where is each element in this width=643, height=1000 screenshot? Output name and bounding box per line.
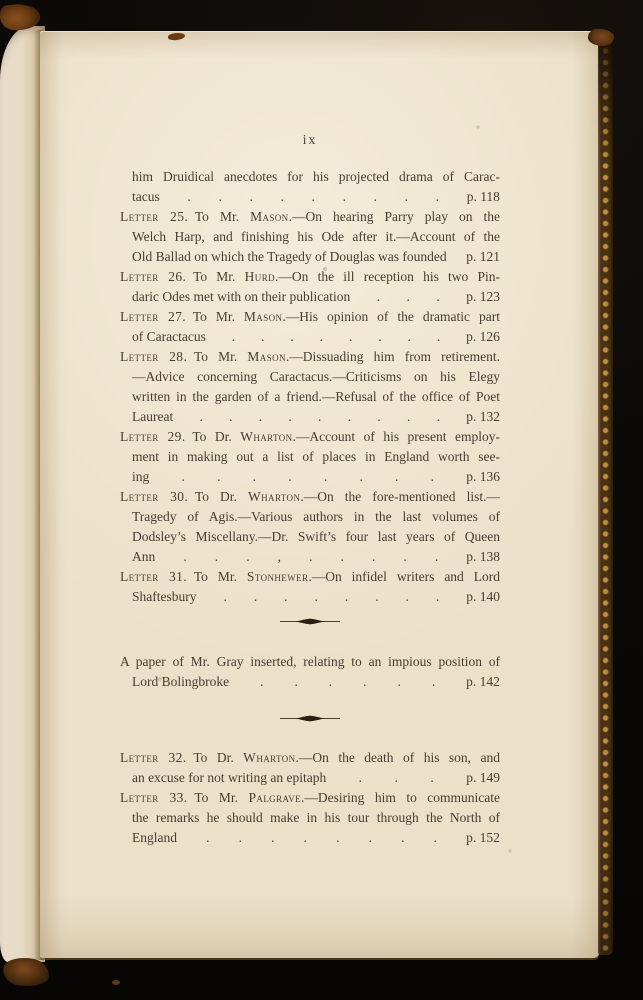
toc-line-text: —Advice concerning Caractacus.—Criticism… xyxy=(132,369,500,384)
toc-entry: Letter 29. To Dr. Wharton.—Account of hi… xyxy=(120,427,500,487)
toc-line-text: Ann xyxy=(132,547,155,567)
leader-dot: . xyxy=(329,672,332,692)
toc-line: —Advice concerning Caractacus.—Criticism… xyxy=(120,367,500,387)
toc-line: Tragedy of Agis.—Various authors in the … xyxy=(120,507,500,527)
toc-line-text: an excuse for not writing an epitaph xyxy=(132,768,326,788)
leader-dot: . xyxy=(288,407,291,427)
toc-line: daric Odes met with on their publication… xyxy=(120,287,500,307)
leader-dot: . xyxy=(260,672,263,692)
book-page: ix him Druidical anecdotes for his proje… xyxy=(40,31,599,958)
toc-line: ment in making out a list of places in E… xyxy=(120,447,500,467)
divider-ornament-icon xyxy=(279,714,341,723)
toc-line-text: Letter 30. To Dr. Wharton.—On the fore-m… xyxy=(120,489,500,504)
leader-dot: . xyxy=(183,547,186,567)
leader-dot: . xyxy=(395,467,398,487)
leader-dot: . xyxy=(436,187,439,207)
toc-line: Dodsley’s Miscellany.—Dr. Swift’s four l… xyxy=(120,527,500,547)
leader-dot: . xyxy=(215,547,218,567)
page-number-roman: ix xyxy=(120,132,500,148)
toc-line-text: Letter 25. To Mr. Mason.—On hearing Parr… xyxy=(120,209,500,224)
toc-line-text: Letter 26. To Mr. Hurd.—On the ill recep… xyxy=(120,269,500,284)
book-photo: ix him Druidical anecdotes for his proje… xyxy=(0,0,643,1000)
toc-line: England........p. 152 xyxy=(120,828,500,848)
leader-dot: . xyxy=(271,828,274,848)
leader-dot: . xyxy=(343,187,346,207)
toc-line: Letter 26. To Mr. Hurd.—On the ill recep… xyxy=(120,267,500,287)
toc-line-text: Old Ballad on which the Tragedy of Dougl… xyxy=(132,247,447,267)
page-ref: p. 126 xyxy=(466,327,500,347)
toc-line-text: England xyxy=(132,828,177,848)
leader-dot: . xyxy=(437,327,440,347)
leader-dot: . xyxy=(239,828,242,848)
toc-line: Welch Harp, and finishing his Ode after … xyxy=(120,227,500,247)
leader-dot: . xyxy=(281,187,284,207)
leader-dot: . xyxy=(336,828,339,848)
table-of-contents: him Druidical anecdotes for his projecte… xyxy=(120,167,500,848)
leader-dot: . xyxy=(375,587,378,607)
leader-dot: . xyxy=(229,407,232,427)
leader-dot: . xyxy=(218,187,221,207)
leader-dot: . xyxy=(363,672,366,692)
leader-dot: . xyxy=(223,587,226,607)
toc-line-text: Letter 28. To Mr. Mason.—Dissuading him … xyxy=(120,349,500,364)
toc-line: Letter 28. To Mr. Mason.—Dissuading him … xyxy=(120,347,500,367)
page-ref: p. 142 xyxy=(466,672,500,692)
page-ref: p. 123 xyxy=(466,287,500,307)
toc-line-text: Tragedy of Agis.—Various authors in the … xyxy=(132,509,500,524)
page-ref: p. 152 xyxy=(466,828,500,848)
leader-dot: . xyxy=(187,187,190,207)
toc-line: the remarks he should make in his tour t… xyxy=(120,808,500,828)
toc-line-text: Welch Harp, and finishing his Ode after … xyxy=(132,229,500,244)
leader-dot: . xyxy=(437,407,440,427)
toc-line-text: written in the garden of a friend.—Refus… xyxy=(132,389,500,404)
toc-line: Letter 27. To Mr. Mason.—His opinion of … xyxy=(120,307,500,327)
toc-line-text: of Caractacus xyxy=(132,327,206,347)
toc-line-text: Laureat xyxy=(132,407,173,427)
page-ref: p. 138 xyxy=(466,547,500,567)
toc-line-text: ment in making out a list of places in E… xyxy=(132,449,500,464)
toc-entry: Letter 28. To Mr. Mason.—Dissuading him … xyxy=(120,347,500,427)
leader-dot: . xyxy=(345,587,348,607)
toc-line-text: Letter 33. To Mr. Palgrave.—Desiring him… xyxy=(120,790,500,805)
page-ref: p. 121 xyxy=(466,247,500,267)
leader-dot: . xyxy=(397,672,400,692)
leader-dot: , xyxy=(278,547,281,567)
toc-line: of Caractacus........p. 126 xyxy=(120,327,500,347)
leader-dot: . xyxy=(349,327,352,347)
toc-line-text: Letter 32. To Dr. Wharton.—On the death … xyxy=(120,750,500,765)
toc-line: Letter 31. To Mr. Stonhewer.—On infidel … xyxy=(120,567,500,587)
toc-line: him Druidical anecdotes for his projecte… xyxy=(120,167,500,187)
toc-line: tacus.........p. 118 xyxy=(120,187,500,207)
page-ref: p. 140 xyxy=(466,587,500,607)
toc-entry: Letter 30. To Dr. Wharton.—On the fore-m… xyxy=(120,487,500,567)
toc-line: an excuse for not writing an epitaph...p… xyxy=(120,768,500,788)
leader-dot: . xyxy=(435,547,438,567)
leader-dot: . xyxy=(348,407,351,427)
leader-dot: . xyxy=(405,187,408,207)
toc-line-text: Lord Bolingbroke xyxy=(132,672,229,692)
toc-line: Laureat.........p. 132 xyxy=(120,407,500,427)
toc-entry: Letter 25. To Mr. Mason.—On hearing Parr… xyxy=(120,207,500,267)
toc-line-text: Shaftesbury xyxy=(132,587,197,607)
leader-dot: . xyxy=(372,547,375,567)
leader-dot: . xyxy=(436,587,439,607)
leader-dot: . xyxy=(309,547,312,567)
section-divider xyxy=(120,714,500,723)
leader-dot: . xyxy=(312,187,315,207)
leader-dot: . xyxy=(217,467,220,487)
toc-line-text: Letter 29. To Dr. Wharton.—Account of hi… xyxy=(120,429,500,444)
page-ref: p. 132 xyxy=(466,407,500,427)
leader-dot: . xyxy=(254,587,257,607)
leader-dot: . xyxy=(403,547,406,567)
toc-line: Shaftesbury........p. 140 xyxy=(120,587,500,607)
toc-line-text: Letter 31. To Mr. Stonhewer.—On infidel … xyxy=(120,569,500,584)
leader-dot: . xyxy=(320,327,323,347)
page-ref: p. 136 xyxy=(466,467,500,487)
leader-dot: . xyxy=(401,828,404,848)
toc-line: written in the garden of a friend.—Refus… xyxy=(120,387,500,407)
toc-entry: Letter 27. To Mr. Mason.—His opinion of … xyxy=(120,307,500,347)
leader-dot: . xyxy=(395,768,398,788)
toc-line-text: tacus xyxy=(132,187,160,207)
leader-dot: . xyxy=(304,828,307,848)
toc-line: A paper of Mr. Gray inserted, relating t… xyxy=(120,652,500,672)
toc-line: Ann...,.....p. 138 xyxy=(120,547,500,567)
leader-dot: . xyxy=(406,587,409,607)
toc-entry: him Druidical anecdotes for his projecte… xyxy=(120,167,500,207)
leader-dot: . xyxy=(232,327,235,347)
section-divider xyxy=(120,617,500,626)
leader-dot: . xyxy=(290,327,293,347)
toc-line: Letter 33. To Mr. Palgrave.—Desiring him… xyxy=(120,788,500,808)
toc-line-text: daric Odes met with on their publication xyxy=(132,287,350,307)
leader-dot: . xyxy=(246,547,249,567)
leader-dot: . xyxy=(359,768,362,788)
leader-dot: . xyxy=(249,187,252,207)
leader-dot: . xyxy=(378,327,381,347)
page-ref: p. 118 xyxy=(467,187,500,207)
toc-entry: Letter 33. To Mr. Palgrave.—Desiring him… xyxy=(120,788,500,848)
toc-line: Letter 29. To Dr. Wharton.—Account of hi… xyxy=(120,427,500,447)
binding-fragment-bottom-speck xyxy=(112,980,120,985)
page-ref: p. 149 xyxy=(466,768,500,788)
toc-entry: A paper of Mr. Gray inserted, relating t… xyxy=(120,652,500,692)
leader-dot: . xyxy=(359,467,362,487)
leader-dot: . xyxy=(181,467,184,487)
leader-dot: . xyxy=(324,467,327,487)
leader-dot: . xyxy=(431,467,434,487)
leader-dot: . xyxy=(341,547,344,567)
gilt-fore-edge xyxy=(598,34,613,955)
toc-entry: Letter 26. To Mr. Hurd.—On the ill recep… xyxy=(120,267,500,307)
leader-dot: . xyxy=(369,828,372,848)
toc-line-text: the remarks he should make in his tour t… xyxy=(132,810,500,825)
leader-dot: . xyxy=(284,587,287,607)
leader-dot: . xyxy=(259,407,262,427)
toc-line-text: him Druidical anecdotes for his projecte… xyxy=(132,169,500,184)
leader-dot: . xyxy=(206,828,209,848)
leader-dot: . xyxy=(261,327,264,347)
leader-dot: . xyxy=(253,467,256,487)
leader-dot: . xyxy=(436,287,439,307)
leader-dot: . xyxy=(407,407,410,427)
leader-dot: . xyxy=(288,467,291,487)
leader-dot: . xyxy=(434,828,437,848)
leader-dot: . xyxy=(408,327,411,347)
leader-dot: . xyxy=(318,407,321,427)
toc-entry: Letter 32. To Dr. Wharton.—On the death … xyxy=(120,748,500,788)
leader-dot: . xyxy=(377,407,380,427)
toc-entry: Letter 31. To Mr. Stonhewer.—On infidel … xyxy=(120,567,500,607)
toc-line: Letter 32. To Dr. Wharton.—On the death … xyxy=(120,748,500,768)
divider-ornament-icon xyxy=(279,617,341,626)
leader-dot: . xyxy=(374,187,377,207)
toc-line-text: A paper of Mr. Gray inserted, relating t… xyxy=(120,654,500,669)
leader-dot: . xyxy=(377,287,380,307)
leader-dot: . xyxy=(430,768,433,788)
leader-dot: . xyxy=(407,287,410,307)
toc-line-text: Letter 27. To Mr. Mason.—His opinion of … xyxy=(120,309,500,324)
leader-dot: . xyxy=(315,587,318,607)
toc-line: Old Ballad on which the Tragedy of Dougl… xyxy=(120,247,500,267)
toc-line: Letter 25. To Mr. Mason.—On hearing Parr… xyxy=(120,207,500,227)
leader-dot: . xyxy=(294,672,297,692)
toc-line: ing........p. 136 xyxy=(120,467,500,487)
leader-dot: . xyxy=(432,672,435,692)
toc-line-text: ing xyxy=(132,467,149,487)
leader-dot: . xyxy=(199,407,202,427)
toc-line: Letter 30. To Dr. Wharton.—On the fore-m… xyxy=(120,487,500,507)
toc-line: Lord Bolingbroke......p. 142 xyxy=(120,672,500,692)
toc-line-text: Dodsley’s Miscellany.—Dr. Swift’s four l… xyxy=(132,529,500,544)
